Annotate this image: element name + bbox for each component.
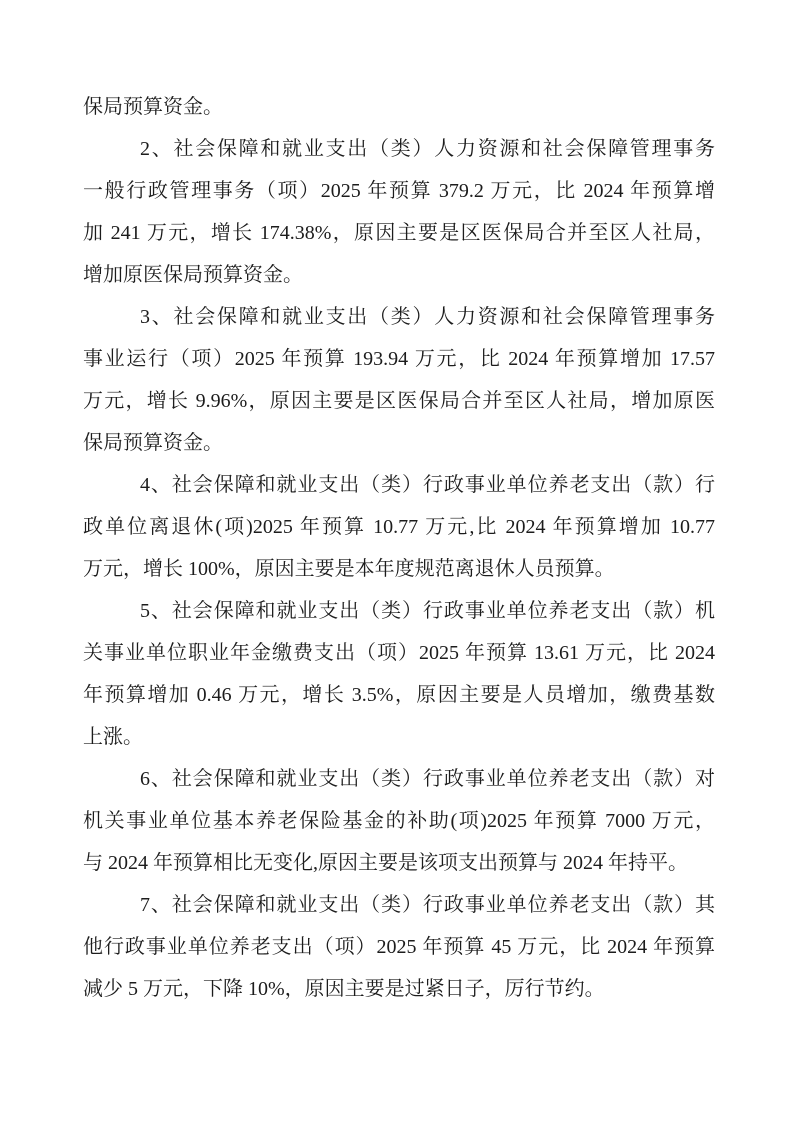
text-line: 事业运行（项）2025 年预算 193.94 万元，比 2024 年预算增加 1…: [83, 338, 715, 380]
text-line: 关事业单位职业年金缴费支出（项）2025 年预算 13.61 万元，比 2024: [83, 632, 715, 674]
text-line: 年预算增加 0.46 万元，增长 3.5%，原因主要是人员增加，缴费基数: [83, 674, 715, 716]
text-line: 机关事业单位基本养老保险基金的补助(项)2025 年预算 7000 万元，: [83, 800, 715, 842]
text-line: 减少 5 万元，下降 10%，原因主要是过紧日子，厉行节约。: [83, 968, 715, 1010]
text-line: 保局预算资金。: [83, 86, 715, 128]
text-line: 7、社会保障和就业支出（类）行政事业单位养老支出（款）其: [83, 884, 715, 926]
text-line: 他行政事业单位养老支出（项）2025 年预算 45 万元，比 2024 年预算: [83, 926, 715, 968]
paragraph: 4、社会保障和就业支出（类）行政事业单位养老支出（款）行政单位离退休(项)202…: [83, 464, 715, 590]
paragraph: 5、社会保障和就业支出（类）行政事业单位养老支出（款）机关事业单位职业年金缴费支…: [83, 590, 715, 758]
text-line: 万元，增长 9.96%，原因主要是区医保局合并至区人社局，增加原医: [83, 380, 715, 422]
paragraph: 3、社会保障和就业支出（类）人力资源和社会保障管理事务（款）事业运行（项）202…: [83, 296, 715, 464]
text-line: 增加原医保局预算资金。: [83, 254, 715, 296]
text-line: 万元，增长 100%，原因主要是本年度规范离退休人员预算。: [83, 548, 715, 590]
paragraph: 2、社会保障和就业支出（类）人力资源和社会保障管理事务（款）一般行政管理事务（项…: [83, 128, 715, 296]
text-line: 与 2024 年预算相比无变化,原因主要是该项支出预算与 2024 年持平。: [83, 842, 715, 884]
text-line: 一般行政管理事务（项）2025 年预算 379.2 万元，比 2024 年预算增: [83, 170, 715, 212]
text-line: 2、社会保障和就业支出（类）人力资源和社会保障管理事务（款）: [83, 128, 715, 170]
paragraph: 保局预算资金。: [83, 86, 715, 128]
page-background: { "page": { "background_color": "#ffffff…: [0, 0, 793, 1122]
text-line: 政单位离退休(项)2025 年预算 10.77 万元,比 2024 年预算增加 …: [83, 506, 715, 548]
text-line: 4、社会保障和就业支出（类）行政事业单位养老支出（款）行: [83, 464, 715, 506]
text-line: 上涨。: [83, 716, 715, 758]
document-page: 保局预算资金。2、社会保障和就业支出（类）人力资源和社会保障管理事务（款）一般行…: [0, 0, 793, 1122]
text-line: 3、社会保障和就业支出（类）人力资源和社会保障管理事务（款）: [83, 296, 715, 338]
text-line: 5、社会保障和就业支出（类）行政事业单位养老支出（款）机: [83, 590, 715, 632]
text-line: 加 241 万元，增长 174.38%，原因主要是区医保局合并至区人社局，: [83, 212, 715, 254]
paragraph: 6、社会保障和就业支出（类）行政事业单位养老支出（款）对机关事业单位基本养老保险…: [83, 758, 715, 884]
paragraph: 7、社会保障和就业支出（类）行政事业单位养老支出（款）其他行政事业单位养老支出（…: [83, 884, 715, 1010]
text-line: 保局预算资金。: [83, 422, 715, 464]
text-line: 6、社会保障和就业支出（类）行政事业单位养老支出（款）对: [83, 758, 715, 800]
